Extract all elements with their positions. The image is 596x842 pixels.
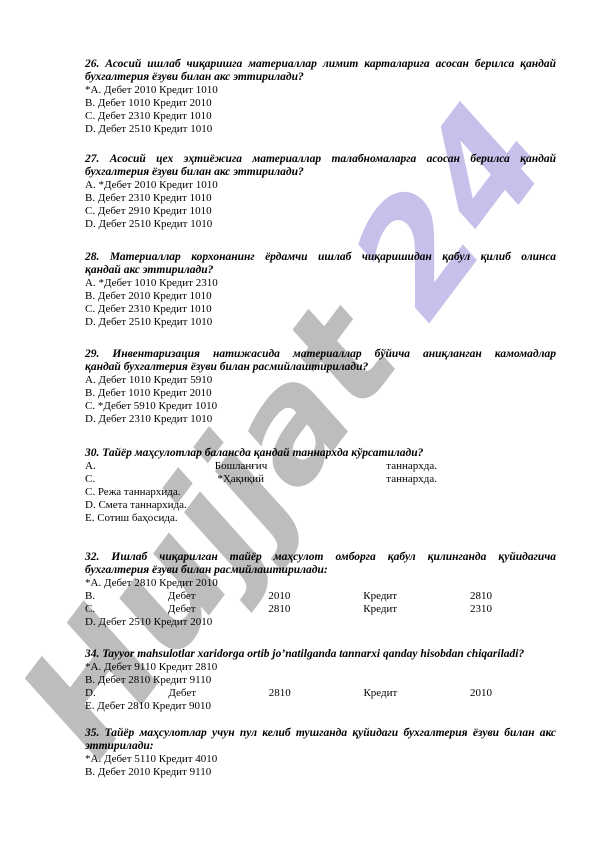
question-28-option-c: С. Дебет 2310 Кредит 1010	[85, 303, 556, 316]
option-word: Кредит	[363, 603, 397, 616]
question-34-title: 34. Tayyor mahsulotlar xaridorga ortib j…	[85, 648, 556, 661]
question-29-option-a: А. Дебет 1010 Кредит 5910	[85, 374, 556, 387]
question-32-title-line-2: бухгалтерия ёзуви билан расмийлаштирилад…	[85, 564, 556, 577]
question-30-option-e: Е. Сотиш баҳосида.	[85, 512, 556, 525]
question-30-option-c1: С. *Ҳақиқий таннархда.	[85, 473, 437, 486]
question-32-title-line-1: 32. Ишлаб чиқарилган тайёр маҳсулот омбо…	[85, 551, 556, 564]
option-word: Дебет	[168, 687, 196, 700]
question-34-option-e: Е. Дебет 2810 Кредит 9010	[85, 700, 556, 713]
question-32-option-d: D. Дебет 2510 Кредит 2010	[85, 616, 556, 629]
option-label: С.	[85, 603, 95, 616]
option-word: 2010	[268, 590, 290, 603]
question-27-title-line-1: 27. Асосий цех эҳтиёжига материаллар тал…	[85, 153, 556, 166]
option-word: таннархда.	[386, 473, 437, 486]
question-30-title: 30. Тайёр маҳсулотлар балансда қандай та…	[85, 447, 556, 460]
question-30-option-a: А. Бошланғич таннархда.	[85, 460, 437, 473]
question-29-option-d: D. Дебет 2310 Кредит 1010	[85, 413, 556, 426]
question-26-option-a: *А. Дебет 2010 Кредит 1010	[85, 84, 556, 97]
question-29-option-b: В. Дебет 1010 Кредит 2010	[85, 387, 556, 400]
question-30: 30. Тайёр маҳсулотлар балансда қандай та…	[85, 447, 556, 525]
option-word: 2810	[470, 590, 492, 603]
option-word: Дебет	[168, 590, 196, 603]
option-word: таннархда.	[386, 460, 437, 473]
option-word: 2810	[268, 603, 290, 616]
question-26: 26. Асосий ишлаб чиқаришга материаллар л…	[85, 58, 556, 136]
question-34: 34. Tayyor mahsulotlar xaridorga ortib j…	[85, 648, 556, 713]
option-word: Дебет	[168, 603, 196, 616]
question-32-option-b: В. Дебет 2010 Кредит 2810	[85, 590, 492, 603]
question-26-option-d: D. Дебет 2510 Кредит 1010	[85, 123, 556, 136]
question-27-option-a: А. *Дебет 2010 Кредит 1010	[85, 179, 556, 192]
question-27-option-c: С. Дебет 2910 Кредит 1010	[85, 205, 556, 218]
question-35-option-a: *А. Дебет 5110 Кредит 4010	[85, 753, 556, 766]
question-29-option-c: С. *Дебет 5910 Кредит 1010	[85, 400, 556, 413]
question-34-option-b: В. Дебет 2810 Кредит 9110	[85, 674, 556, 687]
option-word: 2310	[470, 603, 492, 616]
question-26-title-line-2: бухгалтерия ёзуви билан акс эттирилади?	[85, 71, 556, 84]
question-29: 29. Инвентаризация натижасида материалла…	[85, 348, 556, 426]
option-label: А.	[85, 460, 96, 473]
question-32-option-c: С. Дебет 2810 Кредит 2310	[85, 603, 492, 616]
question-34-option-d: D. Дебет 2810 Кредит 2010	[85, 687, 492, 700]
option-word: Бошланғич	[215, 460, 267, 473]
question-27-option-d: D. Дебет 2510 Кредит 1010	[85, 218, 556, 231]
question-27: 27. Асосий цех эҳтиёжига материаллар тал…	[85, 153, 556, 231]
question-30-option-c2: С. Режа таннархида.	[85, 486, 556, 499]
question-28-option-b: В. Дебет 2010 Кредит 1010	[85, 290, 556, 303]
question-28: 28. Материаллар корхонанинг ёрдамчи ишла…	[85, 251, 556, 329]
question-29-title-line-1: 29. Инвентаризация натижасида материалла…	[85, 348, 556, 361]
question-35: 35. Тайёр маҳсулотлар учун пул келиб туш…	[85, 727, 556, 779]
option-word: 2010	[470, 687, 492, 700]
question-26-title-line-1: 26. Асосий ишлаб чиқаришга материаллар л…	[85, 58, 556, 71]
question-28-option-a: А. *Дебет 1010 Кредит 2310	[85, 277, 556, 290]
question-28-title-line-1: 28. Материаллар корхонанинг ёрдамчи ишла…	[85, 251, 556, 264]
question-34-option-a: *А. Дебет 9110 Кредит 2810	[85, 661, 556, 674]
option-label: D.	[85, 687, 96, 700]
option-word: Кредит	[363, 687, 397, 700]
document-page: 26. Асосий ишлаб чиқаришга материаллар л…	[85, 58, 556, 779]
question-27-title-line-2: бухгалтерия ёзуви билан акс эттирилади?	[85, 166, 556, 179]
question-32-option-a: *А. Дебет 2810 Кредит 2010	[85, 577, 556, 590]
question-28-title-line-2: қандай акс эттирилади?	[85, 264, 556, 277]
question-26-option-c: С. Дебет 2310 Кредит 1010	[85, 110, 556, 123]
question-32: 32. Ишлаб чиқарилган тайёр маҳсулот омбо…	[85, 551, 556, 629]
option-word: *Ҳақиқий	[217, 473, 264, 486]
question-29-title-line-2: қандай бухгалтерия ёзуви билан расмийлаш…	[85, 361, 556, 374]
option-label: С.	[85, 473, 95, 486]
question-35-title-line-2: эттирилади:	[85, 740, 556, 753]
question-35-title-line-1: 35. Тайёр маҳсулотлар учун пул келиб туш…	[85, 727, 556, 740]
option-word: Кредит	[363, 590, 397, 603]
question-26-option-b: В. Дебет 1010 Кредит 2010	[85, 97, 556, 110]
question-28-option-d: D. Дебет 2510 Кредит 1010	[85, 316, 556, 329]
option-label: В.	[85, 590, 95, 603]
question-35-option-b: В. Дебет 2010 Кредит 9110	[85, 766, 556, 779]
question-27-option-b: В. Дебет 2310 Кредит 1010	[85, 192, 556, 205]
option-word: 2810	[269, 687, 291, 700]
question-30-option-d: D. Смета таннархида.	[85, 499, 556, 512]
